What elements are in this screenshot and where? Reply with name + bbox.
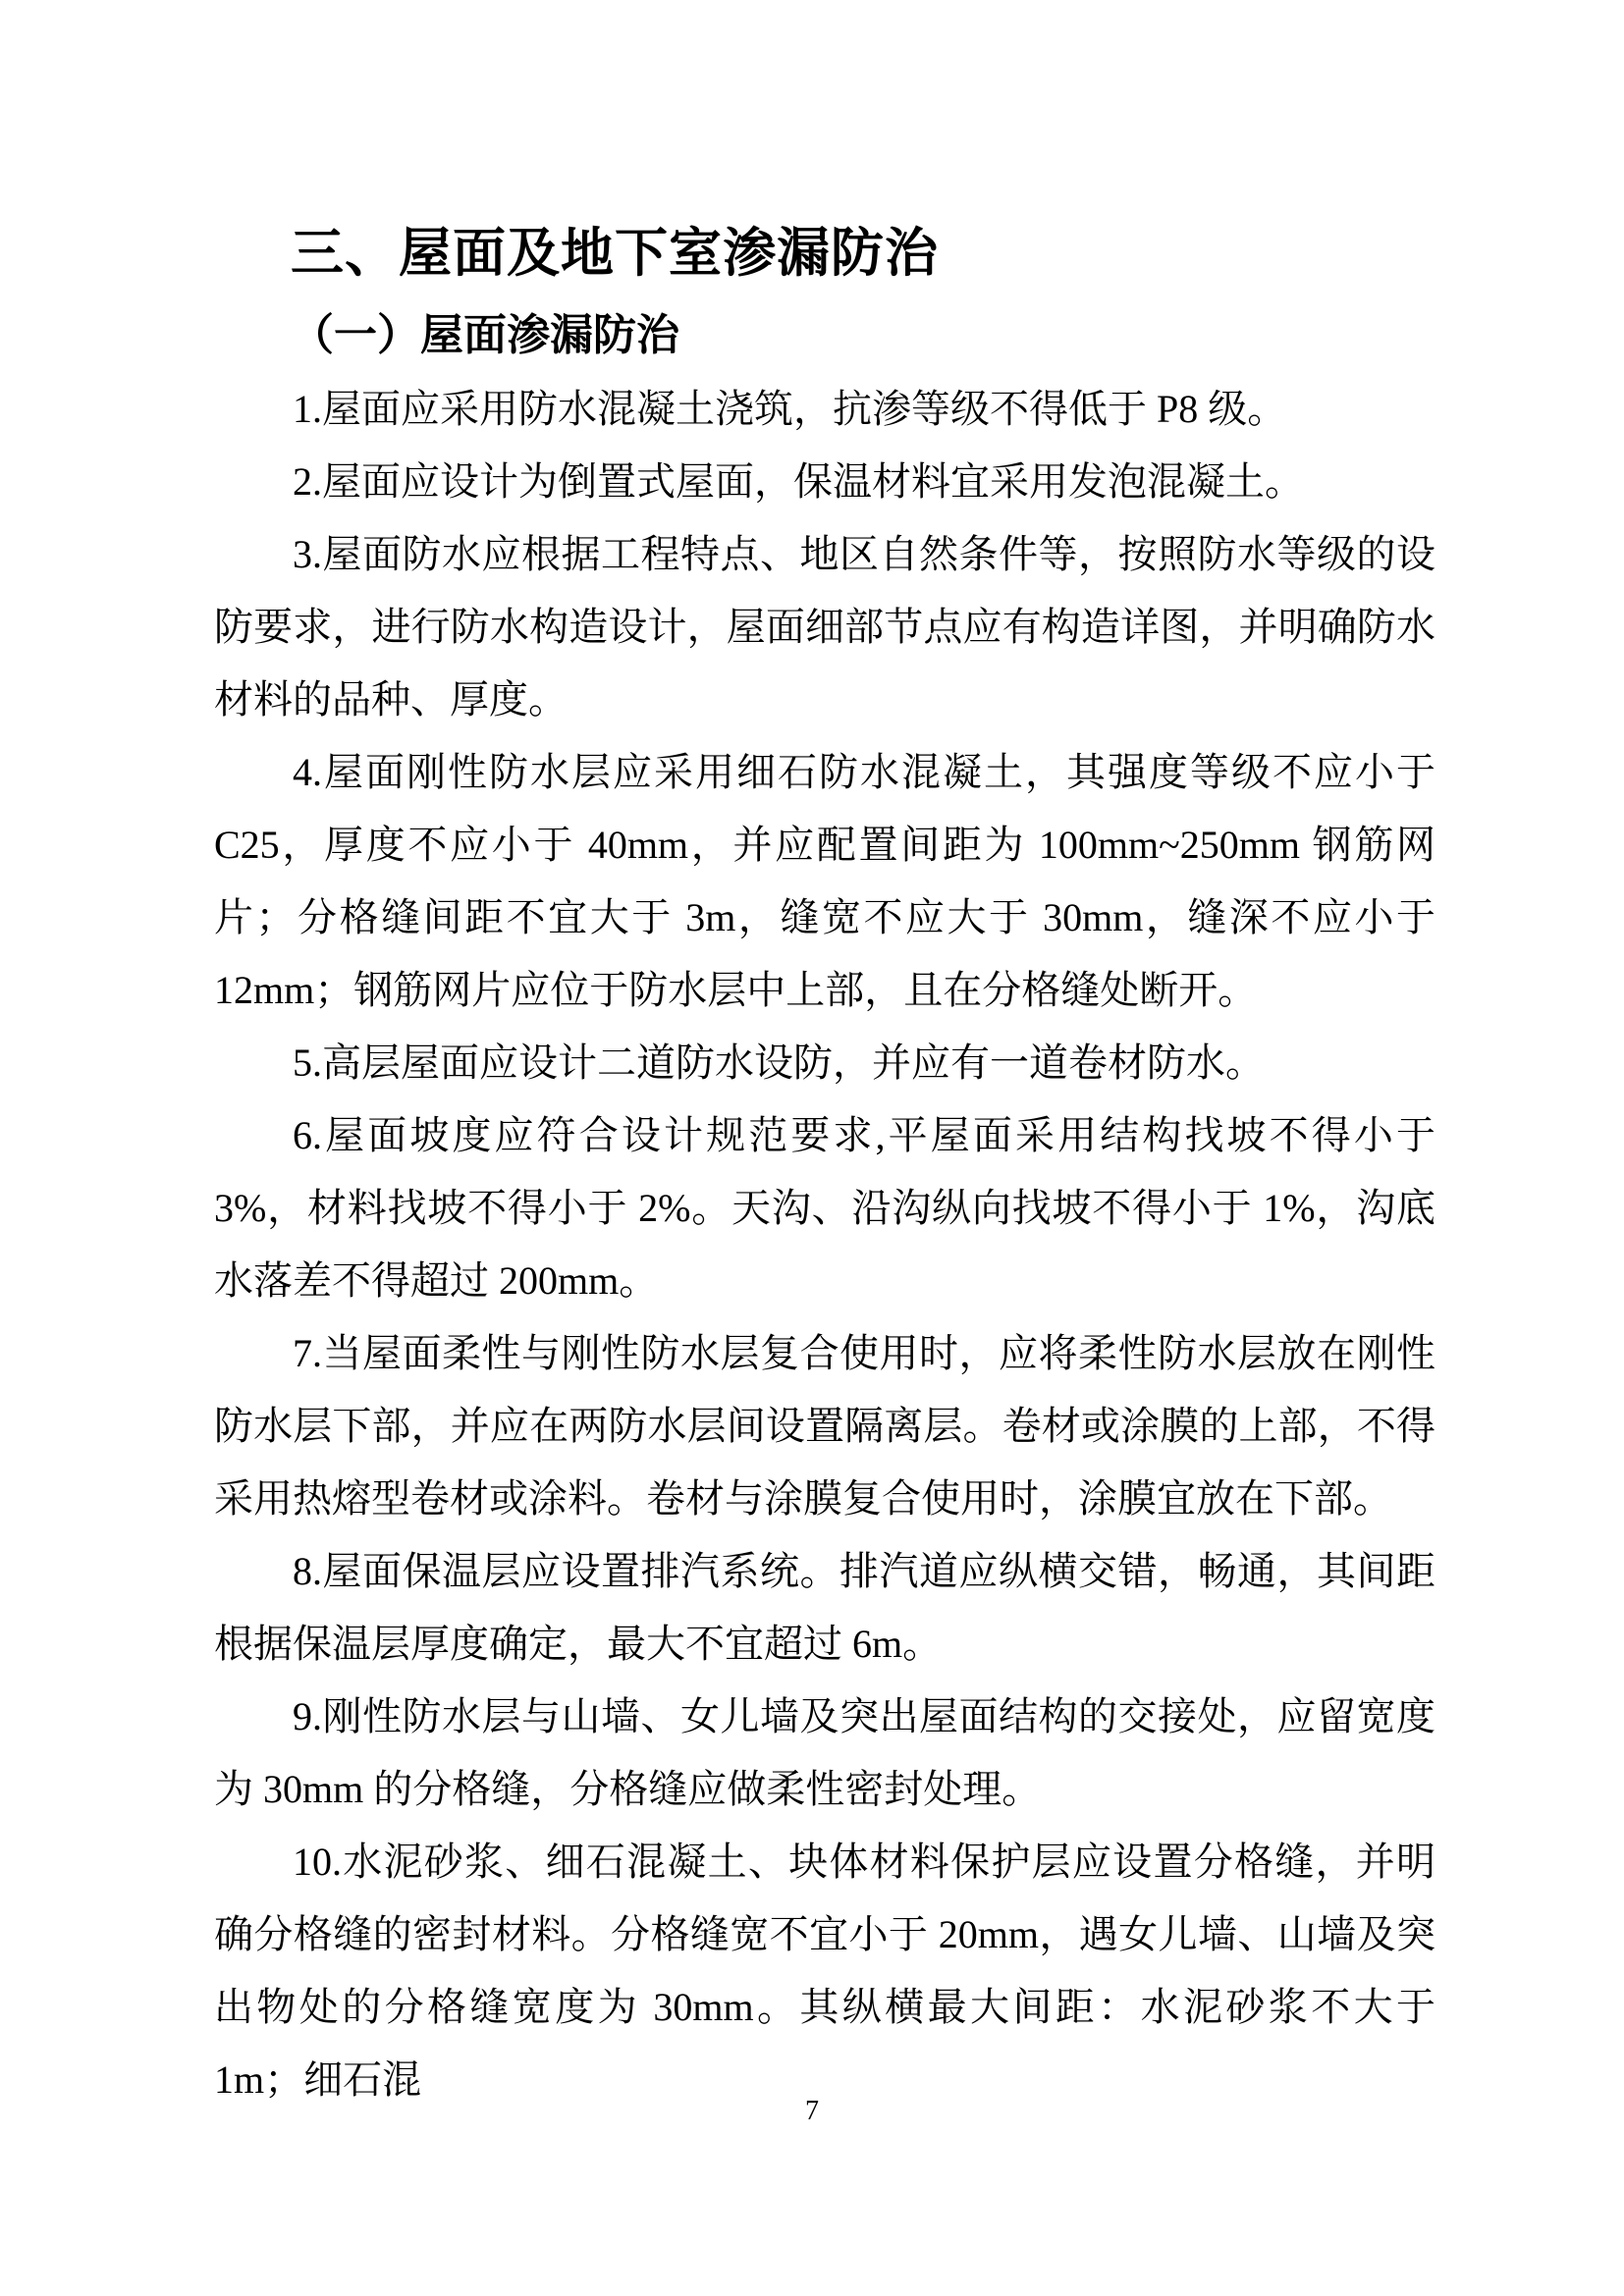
paragraph: 1.屋面应采用防水混凝土浇筑，抗渗等级不得低于 P8 级。 [214, 373, 1435, 446]
paragraph: 2.屋面应设计为倒置式屋面，保温材料宜采用发泡混凝土。 [214, 446, 1435, 518]
paragraph: 10.水泥砂浆、细石混凝土、块体材料保护层应设置分格缝，并明确分格缝的密封材料。… [214, 1826, 1435, 2116]
section-subheading: （一）屋面渗漏防治 [214, 298, 1435, 373]
paragraph: 6.屋面坡度应符合设计规范要求,平屋面采用结构找坡不得小于 3%，材料找坡不得小… [214, 1099, 1435, 1317]
paragraph: 3.屋面防水应根据工程特点、地区自然条件等，按照防水等级的设防要求，进行防水构造… [214, 518, 1435, 736]
paragraph: 5.高层屋面应设计二道防水设防，并应有一道卷材防水。 [214, 1027, 1435, 1099]
paragraph: 4.屋面刚性防水层应采用细石防水混凝土，其强度等级不应小于 C25，厚度不应小于… [214, 736, 1435, 1027]
section-heading: 三、屋面及地下室渗漏防治 [214, 208, 1435, 298]
page-number: 7 [0, 2095, 1624, 2128]
paragraph: 9.刚性防水层与山墙、女儿墙及突出屋面结构的交接处，应留宽度为 30mm 的分格… [214, 1681, 1435, 1826]
paragraph: 7.当屋面柔性与刚性防水层复合使用时，应将柔性防水层放在刚性防水层下部，并应在两… [214, 1317, 1435, 1535]
document-page: 三、屋面及地下室渗漏防治 （一）屋面渗漏防治 1.屋面应采用防水混凝土浇筑，抗渗… [0, 0, 1624, 2296]
paragraph: 8.屋面保温层应设置排汽系统。排汽道应纵横交错，畅通，其间距根据保温层厚度确定，… [214, 1535, 1435, 1681]
document-body: 三、屋面及地下室渗漏防治 （一）屋面渗漏防治 1.屋面应采用防水混凝土浇筑，抗渗… [214, 208, 1435, 2116]
